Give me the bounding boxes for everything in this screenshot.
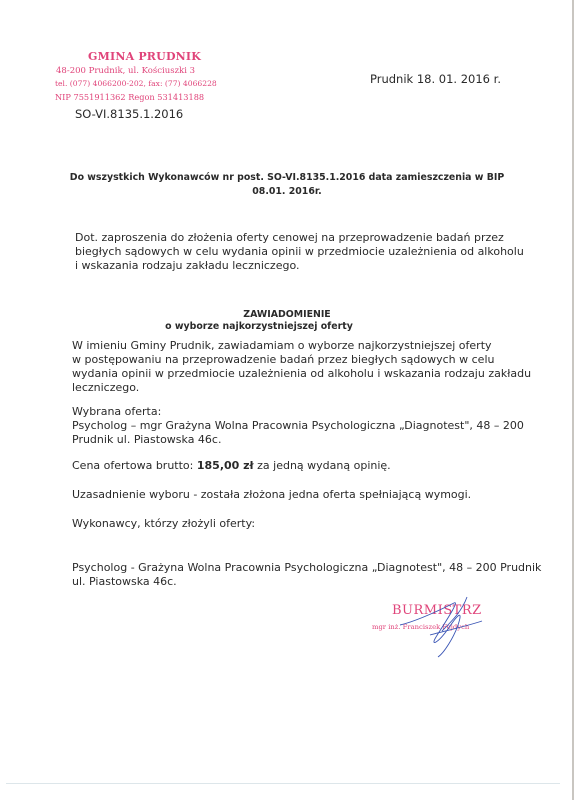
handwritten-signature-icon — [372, 591, 512, 661]
stamp-ids: NIP 7551911362 Regon 531413188 — [55, 92, 204, 102]
justification: Uzasadnienie wyboru - została złożona je… — [72, 488, 471, 502]
price-suffix: za jedną wydaną opinię. — [254, 459, 391, 472]
notice-heading: ZAWIADOMIENIE — [243, 309, 330, 320]
price-value: 185,00 zł — [197, 459, 254, 472]
document-date: Prudnik 18. 01. 2016 r. — [370, 73, 501, 86]
price-prefix: Cena ofertowa brutto: — [72, 459, 197, 472]
notice-title: ZAWIADOMIENIE o wyborze najkorzystniejsz… — [0, 309, 574, 333]
reference-number: SO-VI.8135.1.2016 — [75, 108, 183, 121]
intro-line: Dot. zaproszenia do złożenia oferty ceno… — [75, 231, 524, 245]
stamp-address: 48-200 Prudnik, ul. Kościuszki 3 — [56, 66, 195, 76]
chosen-offer: Wybrana oferta: Psycholog – mgr Grażyna … — [72, 405, 524, 447]
body-line: wydania opinii w przedmiocie uzależnieni… — [72, 367, 531, 381]
chosen-offer-line: Prudnik ul. Piastowska 46c. — [72, 433, 524, 447]
notice-body: W imieniu Gminy Prudnik, zawiadamiam o w… — [72, 339, 531, 395]
contractors-list: Psycholog - Grażyna Wolna Pracownia Psyc… — [72, 561, 541, 589]
chosen-offer-label: Wybrana oferta: — [72, 405, 524, 419]
contractor-line: Psycholog - Grażyna Wolna Pracownia Psyc… — [72, 561, 541, 575]
addressee-line-2: 08.01. 2016r. — [0, 185, 574, 199]
price-line: Cena ofertowa brutto: 185,00 zł za jedną… — [72, 459, 391, 473]
body-line: w postępowaniu na przeprowadzenie badań … — [72, 353, 531, 367]
intro-line: i wskazania rodzaju zakładu leczniczego. — [75, 259, 524, 273]
body-line: W imieniu Gminy Prudnik, zawiadamiam o w… — [72, 339, 531, 353]
body-line: leczniczego. — [72, 381, 531, 395]
stamp-name: GMINA PRUDNIK — [88, 50, 201, 63]
scan-edge-line — [6, 783, 560, 784]
notice-subtitle: o wyborze najkorzystniejszej oferty — [0, 321, 546, 333]
contractors-label: Wykonawcy, którzy złożyli oferty: — [72, 517, 255, 531]
stamp-phone: tel. (077) 4066200-202, fax: (77) 406622… — [55, 79, 217, 88]
intro-paragraph: Dot. zaproszenia do złożenia oferty ceno… — [75, 231, 524, 273]
addressee-line-1: Do wszystkich Wykonawców nr post. SO-VI.… — [70, 172, 504, 183]
contractor-line: ul. Piastowska 46c. — [72, 575, 541, 589]
chosen-offer-line: Psycholog – mgr Grażyna Wolna Pracownia … — [72, 419, 524, 433]
intro-line: biegłych sądowych w celu wydania opinii … — [75, 245, 524, 259]
addressee-heading: Do wszystkich Wykonawców nr post. SO-VI.… — [0, 171, 574, 199]
mayor-signature: BURMISTRZ mgr inż. Franciszek Fejdych — [372, 603, 512, 653]
